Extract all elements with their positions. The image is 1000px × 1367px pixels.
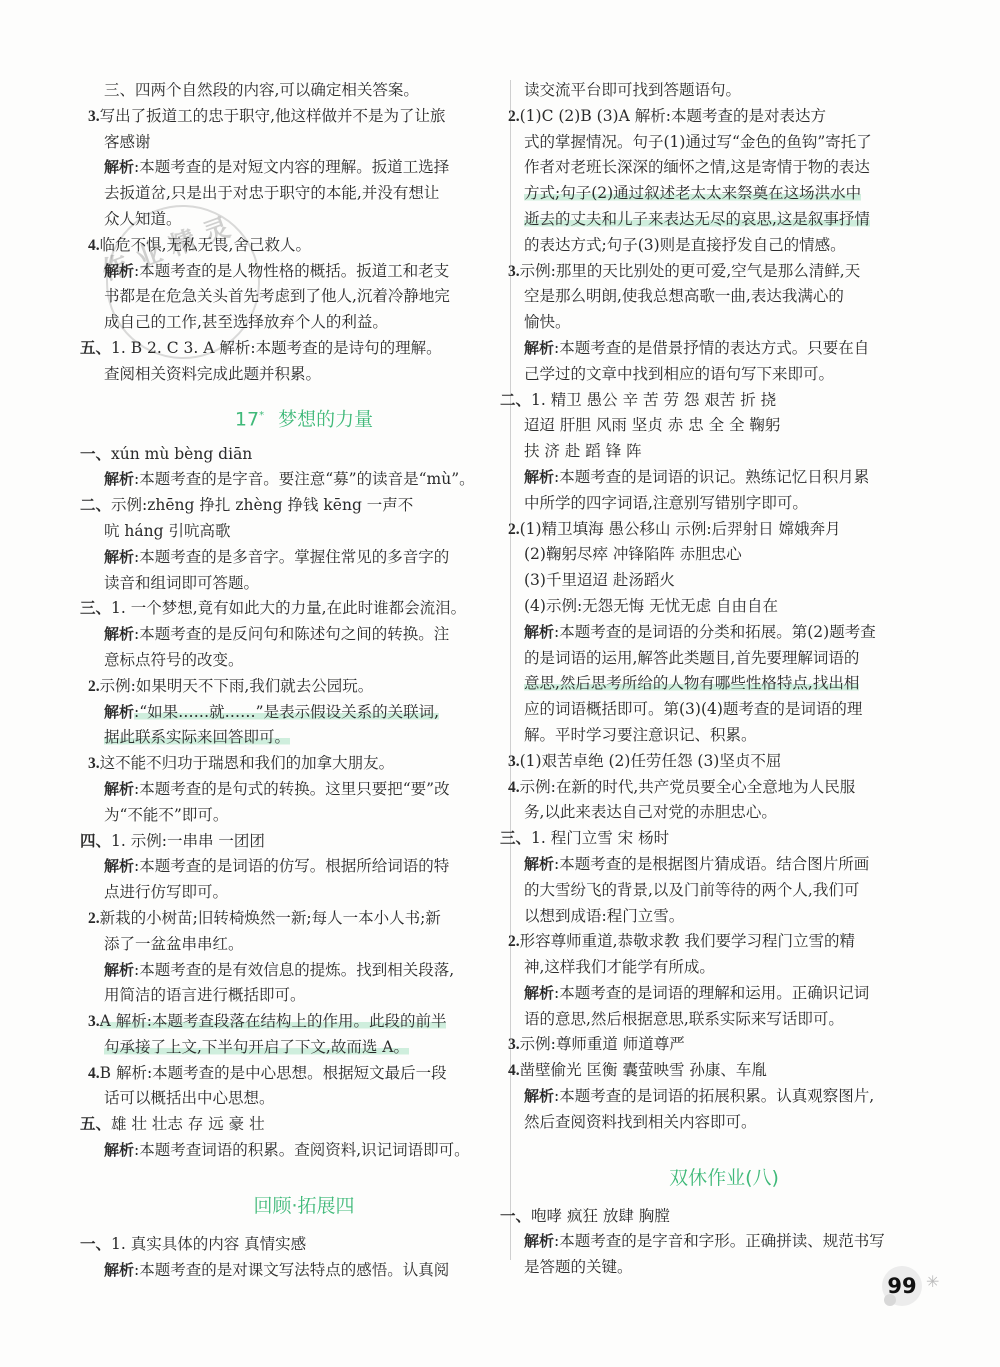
- analysis-label: 解析: [524, 855, 554, 873]
- item-number: 2.: [508, 108, 520, 125]
- text-line: 然后查阅资料找到相关内容即可。: [524, 1110, 924, 1136]
- text-line: 解析:本题考查的是多音字。掌握住常见的多音字的: [104, 545, 504, 571]
- page-dot-decoration: [884, 1294, 896, 1306]
- analysis-label: 解析: [104, 470, 134, 488]
- section-prefix: 三、: [80, 600, 111, 617]
- text-line: 4.凿壁偷光 匡衡 囊萤映雪 孙康、车胤: [508, 1058, 924, 1084]
- text-line: 的大雪纷飞的背景,以及门前等待的两个人,我们可: [524, 878, 924, 904]
- line-text: 务,以此来表达自己对党的赤胆忠心。: [524, 803, 777, 821]
- text-line: 3.示例:尊师重道 师道尊严: [508, 1032, 924, 1058]
- text-line: 2.新栽的小树苗;旧转椅焕然一新;每人一本小人书;新: [88, 906, 504, 932]
- item-number: 2.: [88, 910, 100, 927]
- text-line: 4.B 解析:本题考查的是中心思想。根据短文最后一段: [88, 1061, 504, 1087]
- line-text: 作者对老班长深深的缅怀之情,这是寄情于物的表达: [524, 158, 870, 176]
- highlighted-text: 意思,然后思考所给的人物有哪些性格特点,找出相: [524, 674, 859, 692]
- text-line: 解析:本题考查的是句式的转换。这里只要把“要”改: [104, 777, 504, 803]
- line-text: 读音和组词即可答题。: [104, 574, 259, 592]
- line-text: 客感谢: [104, 133, 151, 151]
- text-line: 迢迢 肝胆 风雨 坚贞 赤 忠 全 全 鞠躬: [524, 413, 924, 439]
- item-number: 3.: [508, 753, 520, 770]
- text-line: 解析:本题考查的是人物性格的概括。扳道工和老支: [104, 259, 504, 285]
- text-line: 是答题的关键。: [524, 1255, 924, 1281]
- right-column: 读交流平台即可找到答题语句。2.(1)C (2)B (3)A 解析:本题考查的是…: [524, 78, 924, 1281]
- text-line: 中所学的四字词语,注意别写错别字即可。: [524, 491, 924, 517]
- text-line: 解析:本题考查的是词语的分类和拓展。第(2)题考查: [524, 620, 924, 646]
- line-text: 迢迢 肝胆 风雨 坚贞 赤 忠 全 全 鞠躬: [524, 416, 780, 434]
- answer-block-left-top: 三、四两个自然段的内容,可以确定相关答案。3.写出了扳道工的忠于职守,他这样做并…: [104, 78, 504, 388]
- text-line: 解析:本题考查的是词语的理解和运用。正确识记词: [524, 981, 924, 1007]
- line-text: 的大雪纷飞的背景,以及门前等待的两个人,我们可: [524, 881, 859, 899]
- item-number: 3.: [508, 263, 520, 280]
- section-prefix: 一、: [500, 1208, 531, 1225]
- text-line: 4.临危不惧,无私无畏,舍己救人。: [88, 233, 504, 259]
- section-title-weekend-8: 双休作业(八): [524, 1156, 924, 1200]
- line-text: 示例:如果明天不下雨,我们就去公园玩。: [100, 677, 374, 695]
- line-text: :本题考查的是字音。要注意“募”的读音是“mù”。: [134, 470, 475, 488]
- item-number: 3.: [88, 755, 100, 772]
- section-prefix: 五、: [80, 1116, 111, 1133]
- line-text: (3)千里迢迢 赴汤蹈火: [524, 571, 675, 589]
- analysis-label: 解析: [104, 548, 134, 566]
- line-text: 临危不惧,无私无畏,舍己救人。: [100, 236, 311, 254]
- text-line: 四、1. 示例:一串串 一团团: [80, 829, 504, 855]
- section-prefix: 二、: [80, 497, 111, 514]
- text-line: 意标点符号的改变。: [104, 648, 504, 674]
- analysis-label: 解析: [524, 984, 554, 1002]
- text-line: 2.(1)精卫填海 愚公移山 示例:后羿射日 嫦娥奔月: [508, 517, 924, 543]
- line-text: 神,这样我们才能学有所成。: [524, 958, 715, 976]
- text-line: 众人知道。: [104, 207, 504, 233]
- line-text: :本题考查的是词语的拓展积累。认真观察图片,: [554, 1087, 874, 1105]
- text-line: 空是那么明朗,使我总想高歌一曲,表达我满心的: [524, 284, 924, 310]
- text-line: 五、1. B 2. C 3. A 解析:本题考查的是诗句的理解。: [80, 336, 504, 362]
- text-line: 神,这样我们才能学有所成。: [524, 955, 924, 981]
- line-text: 1. 真实具体的内容 真情实感: [111, 1235, 306, 1253]
- text-line: 去扳道岔,只是出于对忠于职守的本能,并没有想让: [104, 181, 504, 207]
- analysis-label: 解析: [104, 1141, 134, 1159]
- line-text: (1)艰苦卓绝 (2)任劳任怨 (3)坚贞不屈: [520, 752, 782, 770]
- line-text: (2)鞠躬尽瘁 冲锋陷阵 赤胆忠心: [524, 545, 742, 563]
- answer-block-lesson-17: 一、xún mù bèng diān解析:本题考查的是字音。要注意“募”的读音是…: [104, 442, 504, 1164]
- text-line: 3.示例:那里的天比别处的更可爱,空气是那么清鲜,天: [508, 259, 924, 285]
- text-line: 据此联系实际来回答即可。: [104, 725, 504, 751]
- text-line: 三、1. 程门立雪 宋 杨时: [500, 826, 924, 852]
- line-text: 新栽的小树苗;旧转椅焕然一新;每人一本小人书;新: [100, 909, 441, 927]
- line-text: :本题考查词语的积累。查阅资料,识记词语即可。: [134, 1141, 470, 1159]
- line-text: :本题考查的是词语的识记。熟练记忆日积月累: [554, 468, 869, 486]
- text-line: 语的意思,然后根据意思,联系实际来写话即可。: [524, 1007, 924, 1033]
- text-line: 解析:“如果……就……”是表示假设关系的关联词,: [104, 700, 504, 726]
- line-text: 应的词语概括即可。第(3)(4)题考查的是词语的理: [524, 700, 862, 718]
- line-text: 是答题的关键。: [524, 1258, 633, 1276]
- answer-block-weekend-8: 一、咆哮 疯狂 放肆 胸膛解析:本题考查的是字音和字形。正确拼读、规范书写是答题…: [524, 1204, 924, 1281]
- text-line: 的是词语的运用,解答此类题目,首先要理解词语的: [524, 646, 924, 672]
- text-line: 作者对老班长深深的缅怀之情,这是寄情于物的表达: [524, 155, 924, 181]
- line-text: 的表达方式;句子(3)则是直接抒发自己的情感。: [524, 236, 846, 254]
- text-line: 吭 háng 引吭高歌: [104, 519, 504, 545]
- text-line: 三、四两个自然段的内容,可以确定相关答案。: [104, 78, 504, 104]
- item-number: 4.: [508, 1062, 520, 1079]
- line-text: 雄 壮 壮志 存 远 豪 壮: [111, 1115, 265, 1133]
- line-text: :本题考查的是根据图片猜成语。结合图片所画: [554, 855, 869, 873]
- line-text: 语的意思,然后根据意思,联系实际来写话即可。: [524, 1010, 844, 1028]
- line-text: 话可以概括出中心思想。: [104, 1089, 275, 1107]
- text-line: 一、咆哮 疯狂 放肆 胸膛: [500, 1204, 924, 1230]
- section-prefix: 一、: [80, 1236, 111, 1253]
- analysis-label: 解析: [524, 339, 554, 357]
- line-text: :本题考查的是对短文内容的理解。扳道工选择: [134, 158, 449, 176]
- section-prefix: 五、: [80, 340, 111, 357]
- text-line: 解。平时学习要注意识记、积累。: [524, 723, 924, 749]
- text-line: 书都是在危急关头首先考虑到了他人,沉着冷静地完: [104, 284, 504, 310]
- text-line: 一、xún mù bèng diān: [80, 442, 504, 468]
- item-number: 2.: [508, 521, 520, 538]
- text-line: 以想到成语:程门立雪。: [524, 904, 924, 930]
- item-number: 3.: [508, 1036, 520, 1053]
- text-line: 查阅相关资料完成此题并积累。: [104, 362, 504, 388]
- text-line: 2.(1)C (2)B (3)A 解析:本题考查的是对表达方: [508, 104, 924, 130]
- line-text: B 解析:本题考查的是中心思想。根据短文最后一段: [100, 1064, 447, 1082]
- text-line: 意思,然后思考所给的人物有哪些性格特点,找出相: [524, 671, 924, 697]
- line-text: 的是词语的运用,解答此类题目,首先要理解词语的: [524, 649, 859, 667]
- line-text: 书都是在危急关头首先考虑到了他人,沉着冷静地完: [104, 287, 450, 305]
- analysis-label: 解析: [524, 623, 554, 641]
- text-line: 3.写出了扳道工的忠于职守,他这样做并不是为了让旅: [88, 104, 504, 130]
- item-number: 4.: [508, 779, 520, 796]
- text-line: 解析:本题考查的是反问句和陈述句之间的转换。注: [104, 622, 504, 648]
- line-text: 形容尊师重道,恭敬求教 我们要学习程门立雪的精: [520, 932, 855, 950]
- item-number: 4.: [88, 1065, 100, 1082]
- line-text: 读交流平台即可找到答题语句。: [524, 81, 741, 99]
- line-text: (1)C (2)B (3)A 解析:本题考查的是对表达方: [520, 107, 826, 125]
- section-prefix: 四、: [80, 833, 111, 850]
- text-line: 方式;句子(2)通过叙述老太太来祭奠在这场洪水中: [524, 181, 924, 207]
- analysis-label: 解析: [104, 780, 134, 798]
- text-line: 愉快。: [524, 310, 924, 336]
- line-text: :本题考查的是词语的理解和运用。正确识记词: [554, 984, 869, 1002]
- text-line: 解析:本题考查的是字音。要注意“募”的读音是“mù”。: [104, 467, 504, 493]
- line-text: :本题考查的是有效信息的提炼。找到相关段落,: [134, 961, 454, 979]
- text-line: 的表达方式;句子(3)则是直接抒发自己的情感。: [524, 233, 924, 259]
- line-text: 解。平时学习要注意识记、积累。: [524, 726, 757, 744]
- analysis-label: 解析: [104, 961, 134, 979]
- line-text: 愉快。: [524, 313, 571, 331]
- text-line: 扶 济 赴 蹈 锋 阵: [524, 439, 924, 465]
- text-line: 解析:本题考查的是字音和字形。正确拼读、规范书写: [524, 1229, 924, 1255]
- section-prefix: 一、: [80, 446, 111, 463]
- text-line: 为“不能不”即可。: [104, 803, 504, 829]
- line-text: 用简洁的语言进行概括即可。: [104, 986, 306, 1004]
- line-text: 示例:在新的时代,共产党员要全心全意地为人民服: [520, 778, 856, 796]
- answer-block-right-top: 读交流平台即可找到答题语句。2.(1)C (2)B (3)A 解析:本题考查的是…: [524, 78, 924, 1136]
- section-prefix: 二、: [500, 392, 531, 409]
- line-text: 写出了扳道工的忠于职守,他这样做并不是为了让旅: [100, 107, 446, 125]
- text-line: 务,以此来表达自己对党的赤胆忠心。: [524, 800, 924, 826]
- highlighted-text: 方式;句子(2)通过叙述老太太来祭奠在这场洪水中: [524, 184, 861, 202]
- section-title-17: 17*梦想的力量: [104, 394, 504, 438]
- line-text: 示例:zhēng 挣扎 zhèng 挣钱 kēng 一声不: [111, 496, 413, 514]
- line-text: 这不能不归功于瑞恩和我们的加拿大朋友。: [100, 754, 395, 772]
- item-number: 4.: [88, 237, 100, 254]
- text-line: 逝去的丈夫和儿子来表达无尽的哀思,这是叙事抒情: [524, 207, 924, 233]
- line-text: 查阅相关资料完成此题并积累。: [104, 365, 321, 383]
- text-line: 读交流平台即可找到答题语句。: [524, 78, 924, 104]
- text-line: 成自己的工作,甚至选择放弃个人的利益。: [104, 310, 504, 336]
- line-text: 1. 示例:一串串 一团团: [111, 832, 265, 850]
- line-text: :本题考查的是反问句和陈述句之间的转换。注: [134, 625, 449, 643]
- line-text: 凿壁偷光 匡衡 囊萤映雪 孙康、车胤: [520, 1061, 767, 1079]
- item-number: 2.: [508, 933, 520, 950]
- analysis-label: 解析: [104, 1261, 134, 1279]
- line-text: 然后查阅资料找到相关内容即可。: [524, 1113, 757, 1131]
- text-line: 二、示例:zhēng 挣扎 zhèng 挣钱 kēng 一声不: [80, 493, 504, 519]
- text-line: 3.A 解析:本题考查段落在结构上的作用。此段的前半: [88, 1009, 504, 1035]
- text-line: 添了一盆盆串串红。: [104, 932, 504, 958]
- text-line: 二、1. 精卫 愚公 辛 苦 劳 怨 艰苦 折 挠: [500, 388, 924, 414]
- left-column: 三、四两个自然段的内容,可以确定相关答案。3.写出了扳道工的忠于职守,他这样做并…: [104, 78, 504, 1283]
- answer-block-review-4: 一、1. 真实具体的内容 真情实感解析:本题考查的是对课文写法特点的感悟。认真阅: [104, 1232, 504, 1284]
- line-text: :本题考查的是借景抒情的表达方式。只要在自: [554, 339, 869, 357]
- text-line: 应的词语概括即可。第(3)(4)题考查的是词语的理: [524, 697, 924, 723]
- line-text: 1. B 2. C 3. A 解析:本题考查的是诗句的理解。: [111, 339, 442, 357]
- line-text: :本题考查的是人物性格的概括。扳道工和老支: [134, 262, 449, 280]
- text-line: 读音和组词即可答题。: [104, 571, 504, 597]
- line-text: 去扳道岔,只是出于对忠于职守的本能,并没有想让: [104, 184, 439, 202]
- line-text: 吭 háng 引吭高歌: [104, 522, 230, 540]
- line-text: 众人知道。: [104, 210, 182, 228]
- text-line: 用简洁的语言进行概括即可。: [104, 983, 504, 1009]
- highlighted-text: 句承接了上文,下半句开启了下文,故而选 A。: [104, 1038, 409, 1056]
- text-line: 解析:本题考查的是对课文写法特点的感悟。认真阅: [104, 1258, 504, 1284]
- line-text: 咆哮 疯狂 放肆 胸膛: [531, 1207, 670, 1225]
- text-line: 3.(1)艰苦卓绝 (2)任劳任怨 (3)坚贞不屈: [508, 749, 924, 775]
- analysis-label: 解析: [524, 1087, 554, 1105]
- item-number: 3.: [88, 1013, 100, 1030]
- text-line: 己学过的文章中找到相应的语句写下来即可。: [524, 362, 924, 388]
- line-text: 为“不能不”即可。: [104, 806, 228, 824]
- line-text: 式的掌握情况。句子(1)通过写“金色的鱼钩”寄托了: [524, 133, 872, 151]
- line-text: 中所学的四字词语,注意别写错别字即可。: [524, 494, 808, 512]
- highlighted-text: 据此联系实际来回答即可。: [104, 728, 290, 746]
- line-text: :本题考查的是多音字。掌握住常见的多音字的: [134, 548, 449, 566]
- line-text: 添了一盆盆串串红。: [104, 935, 244, 953]
- highlighted-text: A 解析:本题考查段落在结构上的作用。此段的前半: [100, 1012, 447, 1030]
- line-text: (4)示例:无怨无悔 无忧无虑 自由自在: [524, 597, 778, 615]
- text-line: 解析:本题考查的是对短文内容的理解。扳道工选择: [104, 155, 504, 181]
- text-line: 点进行仿写即可。: [104, 880, 504, 906]
- text-line: 3.这不能不归功于瑞恩和我们的加拿大朋友。: [88, 751, 504, 777]
- analysis-label: 解析: [104, 262, 134, 280]
- line-text: 示例:那里的天比别处的更可爱,空气是那么清鲜,天: [520, 262, 861, 280]
- text-line: 一、1. 真实具体的内容 真情实感: [80, 1232, 504, 1258]
- text-line: 2.形容尊师重道,恭敬求教 我们要学习程门立雪的精: [508, 929, 924, 955]
- text-line: 解析:本题考查的是借景抒情的表达方式。只要在自: [524, 336, 924, 362]
- text-line: 句承接了上文,下半句开启了下文,故而选 A。: [104, 1035, 504, 1061]
- section-title-review-4: 回顾·拓展四: [104, 1184, 504, 1228]
- text-line: 4.示例:在新的时代,共产党员要全心全意地为人民服: [508, 775, 924, 801]
- line-text: 己学过的文章中找到相应的语句写下来即可。: [524, 365, 834, 383]
- text-line: 解析:本题考查词语的积累。查阅资料,识记词语即可。: [104, 1138, 504, 1164]
- text-line: 话可以概括出中心思想。: [104, 1086, 504, 1112]
- text-line: 解析:本题考查的是词语的识记。熟练记忆日积月累: [524, 465, 924, 491]
- line-text: 点进行仿写即可。: [104, 883, 228, 901]
- line-text: 以想到成语:程门立雪。: [524, 907, 684, 925]
- line-text: 空是那么明朗,使我总想高歌一曲,表达我满心的: [524, 287, 844, 305]
- analysis-label: 解析: [104, 158, 134, 176]
- line-text: 1. 程门立雪 宋 杨时: [531, 829, 669, 847]
- section-prefix: 三、: [500, 830, 531, 847]
- line-text: 示例:尊师重道 师道尊严: [520, 1035, 685, 1053]
- text-line: 解析:本题考查的是词语的仿写。根据所给词语的特: [104, 854, 504, 880]
- line-text: (1)精卫填海 愚公移山 示例:后羿射日 嫦娥奔月: [520, 520, 841, 538]
- text-line: 式的掌握情况。句子(1)通过写“金色的鱼钩”寄托了: [524, 130, 924, 156]
- analysis-label: 解析: [524, 1232, 554, 1250]
- text-line: (2)鞠躬尽瘁 冲锋陷阵 赤胆忠心: [524, 542, 924, 568]
- highlighted-text: 逝去的丈夫和儿子来表达无尽的哀思,这是叙事抒情: [524, 210, 870, 228]
- line-text: 1. 一个梦想,竟有如此大的力量,在此时谁都会流泪。: [111, 599, 466, 617]
- item-number: 2.: [88, 678, 100, 695]
- text-line: 客感谢: [104, 130, 504, 156]
- text-line: 解析:本题考查的是根据图片猜成语。结合图片所画: [524, 852, 924, 878]
- line-text: 扶 济 赴 蹈 锋 阵: [524, 442, 642, 460]
- text-line: (4)示例:无怨无悔 无忧无虑 自由自在: [524, 594, 924, 620]
- analysis-label: 解析: [524, 468, 554, 486]
- highlighted-text: :“如果……就……”是表示假设关系的关联词,: [134, 703, 439, 721]
- analysis-label: 解析: [104, 857, 134, 875]
- text-line: 2.示例:如果明天不下雨,我们就去公园玩。: [88, 674, 504, 700]
- line-text: :本题考查的是字音和字形。正确拼读、规范书写: [554, 1232, 885, 1250]
- analysis-label: 解析: [104, 703, 134, 721]
- line-text: xún mù bèng diān: [111, 445, 252, 463]
- line-text: 三、四两个自然段的内容,可以确定相关答案。: [104, 81, 419, 99]
- star-icon: ✳: [926, 1272, 939, 1291]
- line-text: :本题考查的是句式的转换。这里只要把“要”改: [134, 780, 450, 798]
- analysis-label: 解析: [104, 625, 134, 643]
- line-text: 意标点符号的改变。: [104, 651, 244, 669]
- line-text: 成自己的工作,甚至选择放弃个人的利益。: [104, 313, 388, 331]
- item-number: 3.: [88, 108, 100, 125]
- line-text: :本题考查的是词语的仿写。根据所给词语的特: [134, 857, 449, 875]
- line-text: 1. 精卫 愚公 辛 苦 劳 怨 艰苦 折 挠: [531, 391, 776, 409]
- text-line: 解析:本题考查的是词语的拓展积累。认真观察图片,: [524, 1084, 924, 1110]
- text-line: 解析:本题考查的是有效信息的提炼。找到相关段落,: [104, 958, 504, 984]
- line-text: :本题考查的是对课文写法特点的感悟。认真阅: [134, 1261, 449, 1279]
- text-line: (3)千里迢迢 赴汤蹈火: [524, 568, 924, 594]
- line-text: :本题考查的是词语的分类和拓展。第(2)题考查: [554, 623, 876, 641]
- text-line: 三、1. 一个梦想,竟有如此大的力量,在此时谁都会流泪。: [80, 596, 504, 622]
- text-line: 五、雄 壮 壮志 存 远 豪 壮: [80, 1112, 504, 1138]
